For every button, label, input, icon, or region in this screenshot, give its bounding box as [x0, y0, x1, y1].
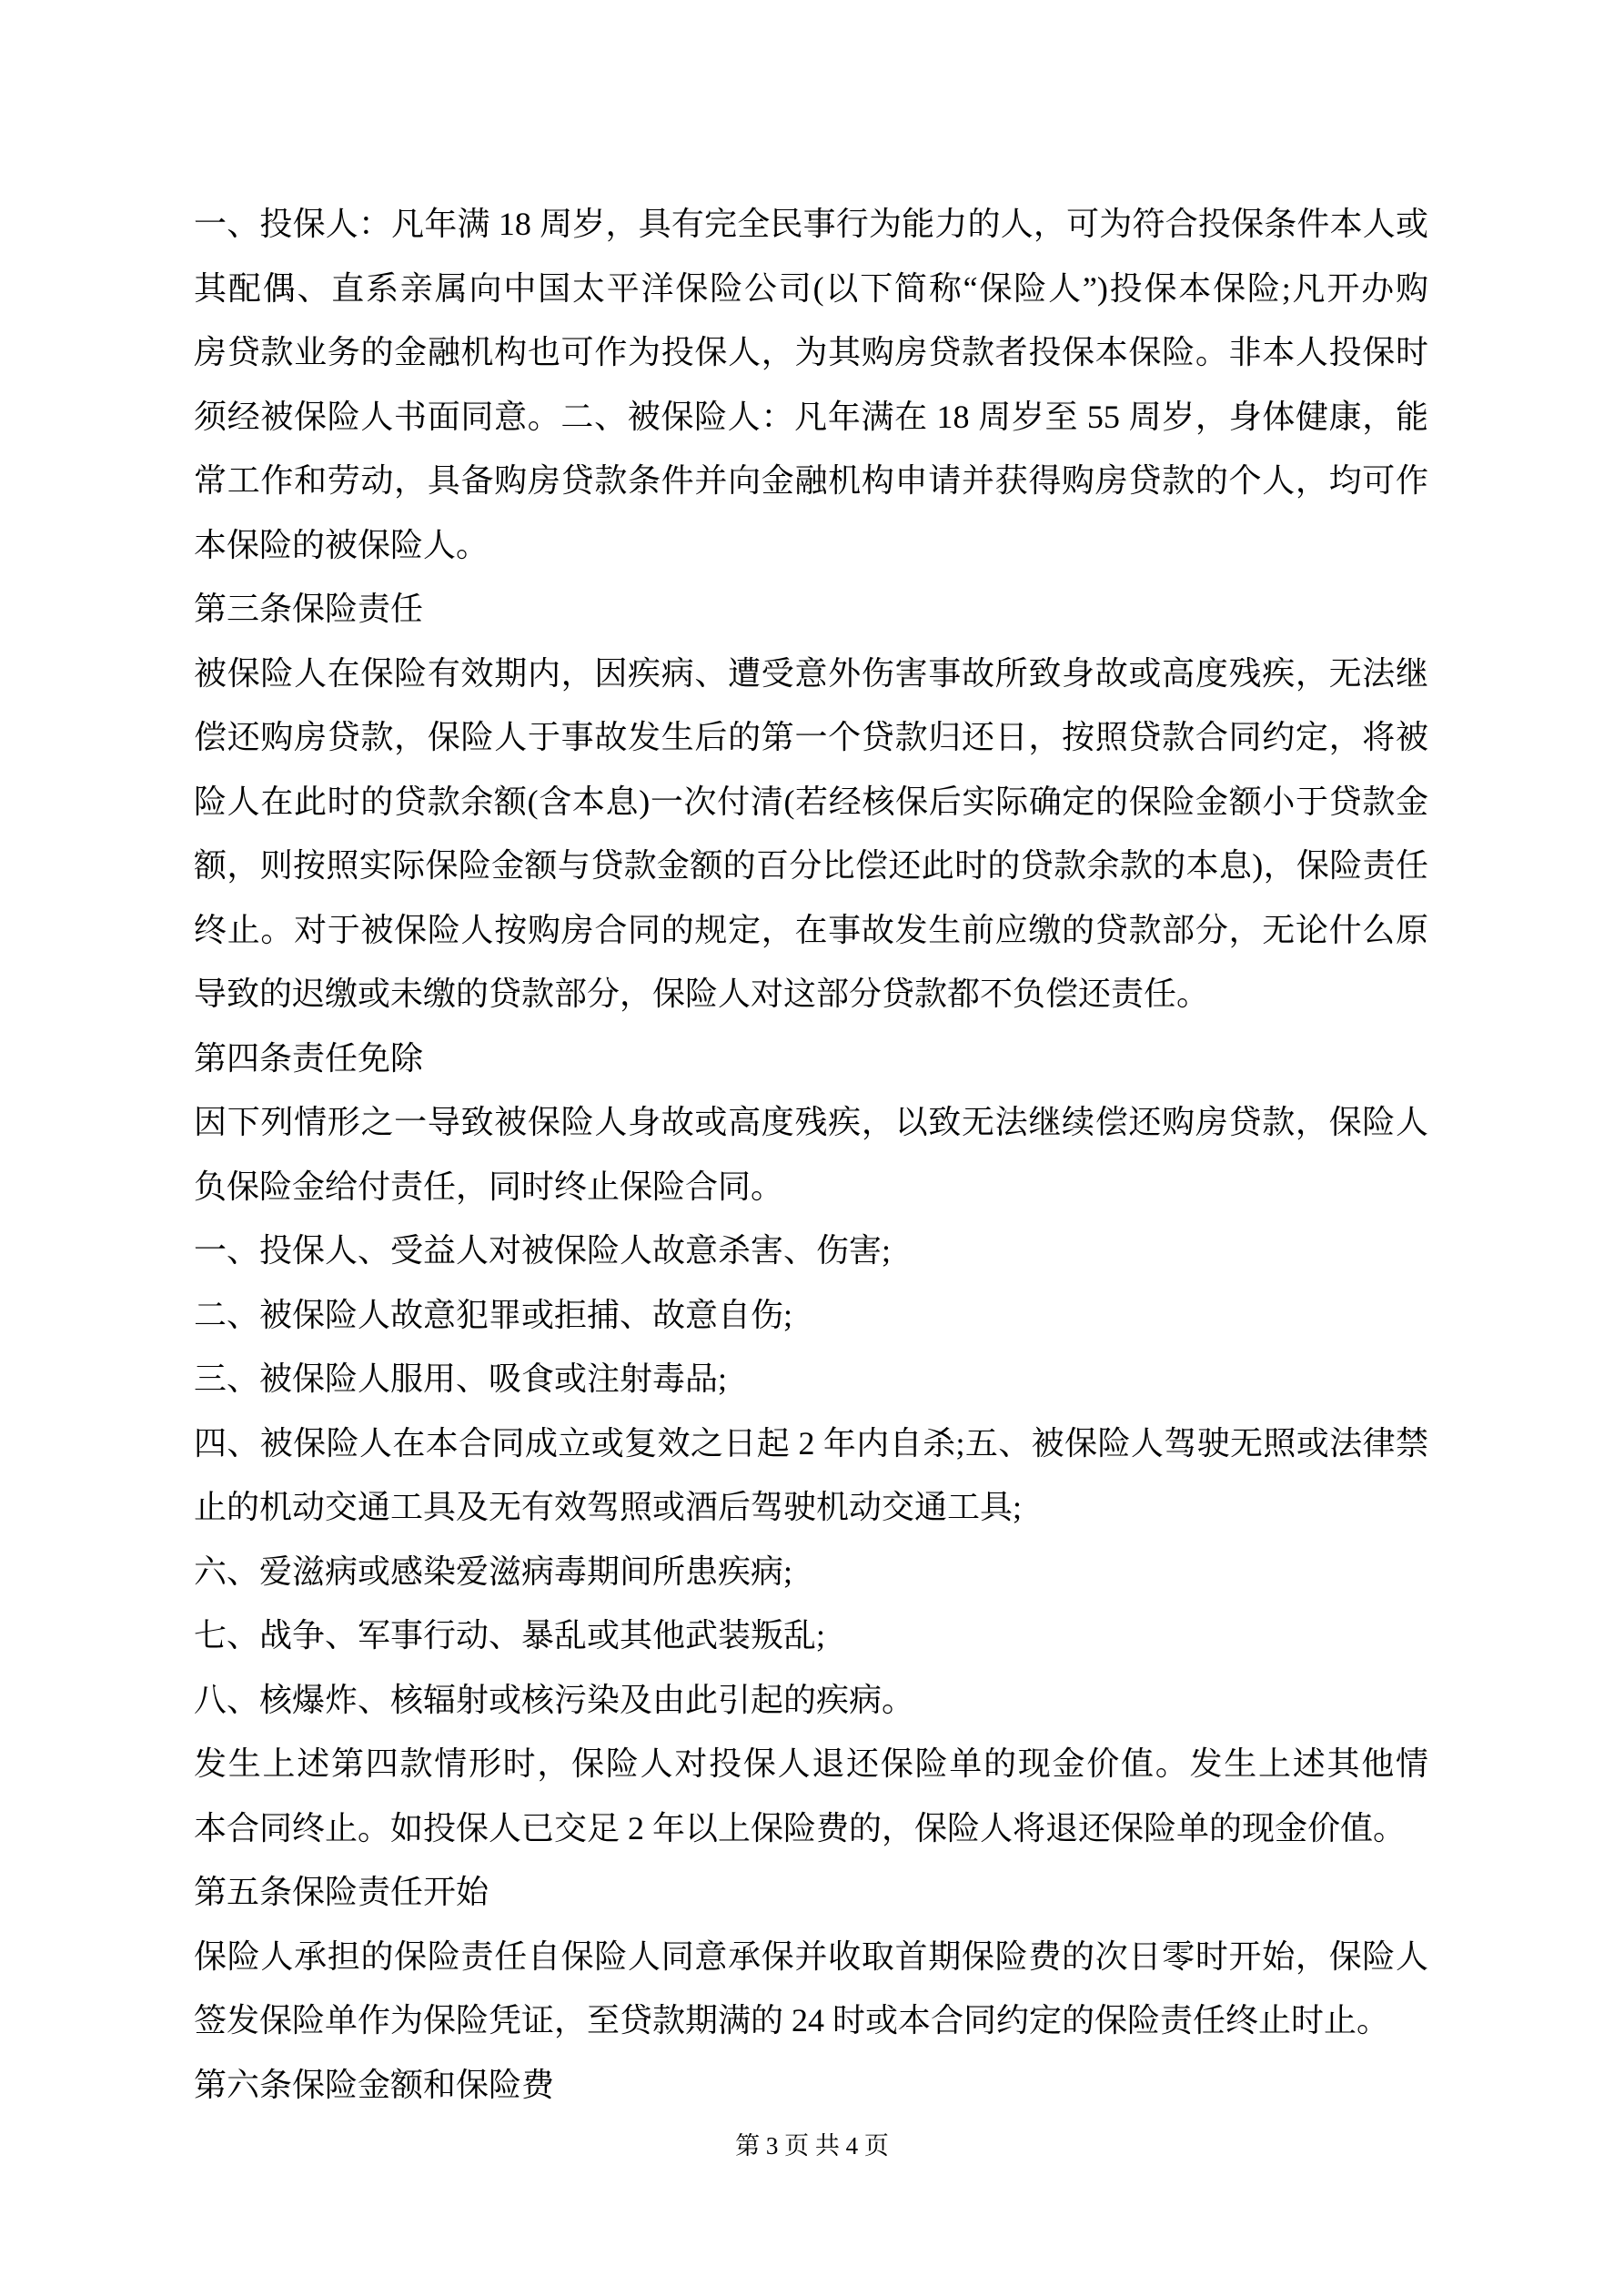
text-line: 第四条责任免除: [194, 1027, 1428, 1091]
text-line: 第五条保险责任开始: [194, 1860, 1428, 1925]
document-page: 一、投保人：凡年满 18 周岁，具有完全民事行为能力的人，可为符合投保条件本人或…: [0, 0, 1624, 2296]
text-line: 一、投保人：凡年满 18 周岁，具有完全民事行为能力的人，可为符合投保条件本人或: [194, 192, 1428, 257]
text-line: 止的机动交通工具及无有效驾照或酒后驾驶机动交通工具;: [194, 1475, 1428, 1540]
text-line: 六、爱滋病或感染爱滋病毒期间所患疾病;: [194, 1540, 1428, 1604]
text-line: 因下列情形之一导致被保险人身故或高度残疾，以致无法继续偿还购房贷款，保险人不: [194, 1090, 1428, 1155]
text-line: 其配偶、直系亲属向中国太平洋保险公司(以下简称“保险人”)投保本保险;凡开办购: [194, 257, 1428, 321]
text-line: 二、被保险人故意犯罪或拒捕、故意自伤;: [194, 1283, 1428, 1348]
text-line: 发生上述第四款情形时，保险人对投保人退还保险单的现金价值。发生上述其他情形，: [194, 1732, 1428, 1796]
text-line: 一、投保人、受益人对被保险人故意杀害、伤害;: [194, 1219, 1428, 1283]
text-line: 被保险人在保险有效期内，因疾病、遭受意外伤害事故所致身故或高度残疾，无法继续: [194, 642, 1428, 706]
text-line: 负保险金给付责任，同时终止保险合同。: [194, 1155, 1428, 1219]
text-line: 签发保险单作为保险凭证，至贷款期满的 24 时或本合同约定的保险责任终止时止。: [194, 1988, 1428, 2053]
text-line: 房贷款业务的金融机构也可作为投保人，为其购房贷款者投保本保险。非本人投保时必: [194, 320, 1428, 385]
text-line: 第三条保险责任: [194, 577, 1428, 642]
text-line: 本合同终止。如投保人已交足 2 年以上保险费的，保险人将退还保险单的现金价值。: [194, 1796, 1428, 1861]
text-line: 须经被保险人书面同意。二、被保险人：凡年满在 18 周岁至 55 周岁，身体健康…: [194, 385, 1428, 450]
text-line: 保险人承担的保险责任自保险人同意承保并收取首期保险费的次日零时开始，保险人应: [194, 1925, 1428, 1989]
text-line: 终止。对于被保险人按购房合同的规定，在事故发生前应缴的贷款部分，无论什么原因: [194, 898, 1428, 963]
text-line: 三、被保险人服用、吸食或注射毒品;: [194, 1347, 1428, 1411]
text-line: 额，则按照实际保险金额与贷款金额的百分比偿还此时的贷款余款的本息)，保险责任: [194, 834, 1428, 898]
text-line: 导致的迟缴或未缴的贷款部分，保险人对这部分贷款都不负偿还责任。: [194, 962, 1428, 1027]
text-line: 偿还购房贷款，保险人于事故发生后的第一个贷款归还日，按照贷款合同约定，将被保: [194, 705, 1428, 770]
page-footer: 第 3 页 共 4 页: [0, 2129, 1624, 2166]
text-line: 七、战争、军事行动、暴乱或其他武装叛乱;: [194, 1603, 1428, 1668]
text-line: 八、核爆炸、核辐射或核污染及由此引起的疾病。: [194, 1668, 1428, 1733]
document-body: 一、投保人：凡年满 18 周岁，具有完全民事行为能力的人，可为符合投保条件本人或…: [194, 192, 1428, 2117]
text-line: 险人在此时的贷款余额(含本息)一次付清(若经核保后实际确定的保险金额小于贷款金: [194, 770, 1428, 834]
text-line: 第六条保险金额和保险费: [194, 2053, 1428, 2118]
text-line: 四、被保险人在本合同成立或复效之日起 2 年内自杀;五、被保险人驾驶无照或法律禁: [194, 1411, 1428, 1476]
text-line: 本保险的被保险人。: [194, 513, 1428, 578]
text-line: 常工作和劳动，具备购房贷款条件并向金融机构申请并获得购房贷款的个人，均可作为: [194, 449, 1428, 513]
